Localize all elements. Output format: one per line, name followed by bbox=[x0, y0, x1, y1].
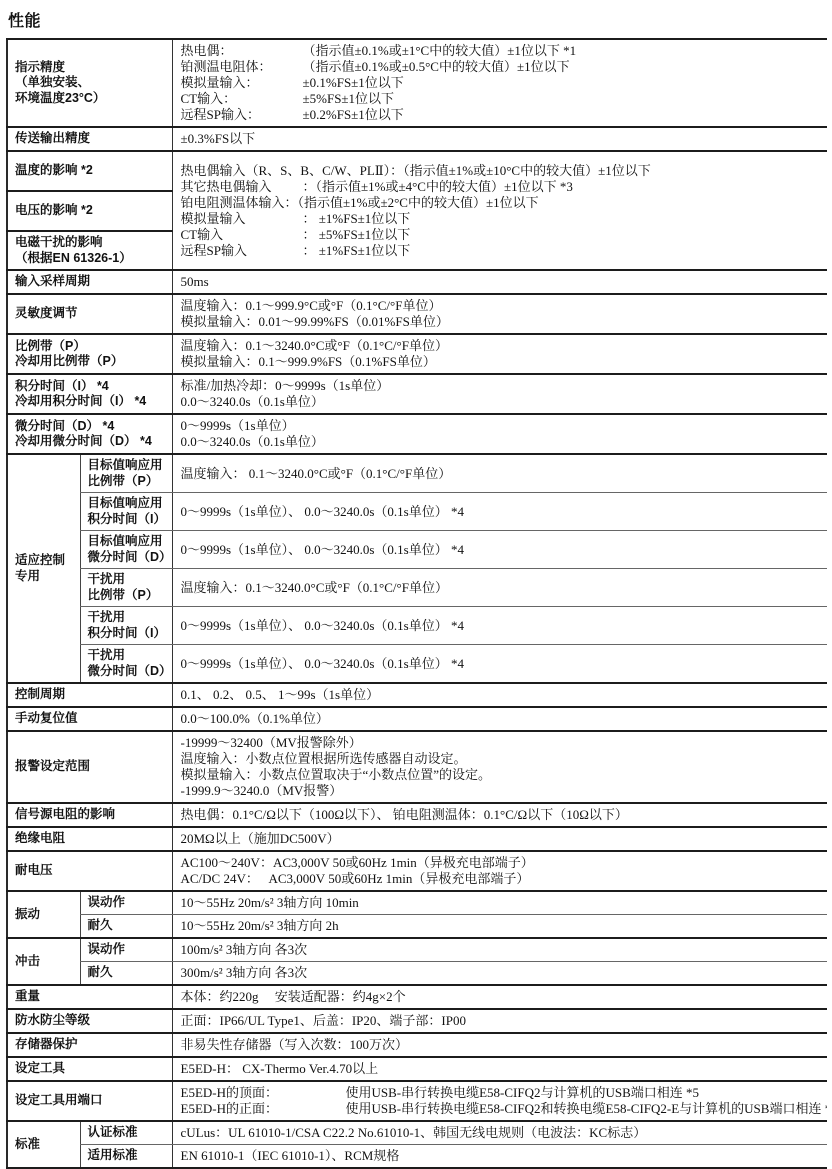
value-line: EN 61010-1（IEC 61010-1）、RCM规格 bbox=[181, 1148, 824, 1164]
table-row: 耐电压AC100～240V：AC3,000V 50或60Hz 1min（异极充电… bbox=[7, 851, 827, 891]
value-line: 0.1、 0.2、 0.5、 1～99s（1s单位） bbox=[181, 687, 824, 703]
table-row: 存储器保护非易失性存储器（写入次数：100万次） bbox=[7, 1033, 827, 1057]
value-line: -19999～32400（MV报警除外） bbox=[181, 735, 824, 751]
value-text: 使用USB-串行转换电缆E58-CIFQ2与计算机的USB端口相连 *5 bbox=[346, 1085, 700, 1100]
label-line: 冲击 bbox=[15, 954, 77, 970]
table-row: 指示精度（单独安装、环境温度23°C）热电偶：（指示值±0.1%或±1°C中的较… bbox=[7, 39, 827, 127]
value-text: ±0.1%FS±1位以下 bbox=[303, 75, 404, 90]
spec-label: 防水防尘等级 bbox=[7, 1009, 172, 1033]
label-line: 微分时间（D） *4 bbox=[15, 419, 169, 435]
value-text: ：（指示值±1%或±4°C中的较大值）±1位以下 *3 bbox=[303, 179, 573, 194]
value-line: 铂电阻测温体输入：（指示值±1%或±2°C中的较大值）±1位以下 bbox=[181, 195, 824, 211]
value-text: AC3,000V 50或60Hz 1min（异极充电部端子） bbox=[269, 871, 530, 886]
label-line: 目标值响应用 bbox=[88, 496, 169, 512]
label-line: 设定工具用端口 bbox=[15, 1093, 169, 1109]
spec-label: 灵敏度调节 bbox=[7, 294, 172, 334]
label-line: 目标值响应用 bbox=[88, 458, 169, 474]
spec-label: 设定工具 bbox=[7, 1057, 172, 1081]
label-line: 微分时间（D） bbox=[88, 550, 169, 566]
table-row: 报警设定范围-19999～32400（MV报警除外）温度输入：小数点位置根据所选… bbox=[7, 731, 827, 803]
value-line: 模拟量输入：0.1～999.9%FS（0.1%FS单位） bbox=[181, 354, 824, 370]
value-line: 温度输入：0.1～3240.0°C或°F（0.1°C/°F单位） bbox=[181, 338, 824, 354]
spec-value: 0～9999s（1s单位）、 0.0～3240.0s（0.1s单位） *4 bbox=[172, 645, 827, 684]
spec-value: -19999～32400（MV报警除外）温度输入：小数点位置根据所选传感器自动设… bbox=[172, 731, 827, 803]
value-text: ±5%FS±1位以下 bbox=[303, 91, 395, 106]
value-line: 20MΩ以上（施加DC500V） bbox=[181, 831, 824, 847]
value-line: 0～9999s（1s单位）、 0.0～3240.0s（0.1s单位） *4 bbox=[181, 618, 824, 634]
label-line: 耐电压 bbox=[15, 863, 169, 879]
value-line: 温度输入：0.1～3240.0°C或°F（0.1°C/°F单位） bbox=[181, 580, 824, 596]
value-line: 50ms bbox=[181, 274, 824, 290]
label-line: 信号源电阻的影响 bbox=[15, 807, 169, 823]
spec-label: 积分时间（I） *4冷却用积分时间（I） *4 bbox=[7, 374, 172, 414]
value-line: CT输入： ±5%FS±1位以下 bbox=[181, 227, 824, 243]
label-line: 绝缘电阻 bbox=[15, 831, 169, 847]
label-line: 电磁干扰的影响 bbox=[15, 235, 169, 251]
spec-value: AC100～240V：AC3,000V 50或60Hz 1min（异极充电部端子… bbox=[172, 851, 827, 891]
value-key: CT输入 bbox=[181, 227, 303, 243]
table-row: 目标值响应用微分时间（D）0～9999s（1s单位）、 0.0～3240.0s（… bbox=[7, 531, 827, 569]
value-line: 10～55Hz 20m/s² 3轴方向 2h bbox=[181, 918, 824, 934]
table-row: 适用标准EN 61010-1（IEC 61010-1）、RCM规格 bbox=[7, 1145, 827, 1169]
value-line: 热电偶：（指示值±0.1%或±1°C中的较大值）±1位以下 *1 bbox=[181, 43, 824, 59]
spec-label: 存储器保护 bbox=[7, 1033, 172, 1057]
label-line: 适用标准 bbox=[88, 1148, 169, 1164]
spec-label: 指示精度（单独安装、环境温度23°C） bbox=[7, 39, 172, 127]
label-line: 标准 bbox=[15, 1137, 77, 1153]
spec-value: 50ms bbox=[172, 270, 827, 294]
spec-value: 0～9999s（1s单位）0.0～3240.0s（0.1s单位） bbox=[172, 414, 827, 454]
spec-value: 本体：约220g 安装适配器：约4g×2个 bbox=[172, 985, 827, 1009]
label-line: 误动作 bbox=[88, 895, 169, 911]
label-line: 冷却用比例带（P） bbox=[15, 354, 169, 370]
table-row: 比例带（P）冷却用比例带（P）温度输入：0.1～3240.0°C或°F（0.1°… bbox=[7, 334, 827, 374]
label-line: 环境温度23°C） bbox=[15, 91, 169, 107]
value-line: 0～9999s（1s单位） bbox=[181, 418, 824, 434]
label-line: 设定工具 bbox=[15, 1061, 169, 1077]
value-line: 标准/加热冷却：0～9999s（1s单位） bbox=[181, 378, 824, 394]
table-row: 控制周期0.1、 0.2、 0.5、 1～99s（1s单位） bbox=[7, 683, 827, 707]
label-line: 比例带（P） bbox=[88, 474, 169, 490]
label-line: 适应控制 bbox=[15, 553, 77, 569]
value-key: 其它热电偶输入 bbox=[181, 179, 303, 195]
value-line: 远程SP输入： ±1%FS±1位以下 bbox=[181, 243, 824, 259]
value-line: 温度输入：0.1～999.9°C或°F（0.1°C/°F单位） bbox=[181, 298, 824, 314]
table-row: 温度的影响 *2热电偶输入（R、S、B、C/W、PLⅡ）：（指示值±1%或±10… bbox=[7, 151, 827, 191]
value-text: （指示值±0.1%或±0.5°C中的较大值）±1位以下 bbox=[303, 59, 570, 74]
spec-label: 信号源电阻的影响 bbox=[7, 803, 172, 827]
value-key: AC100～240V： bbox=[181, 855, 273, 871]
spec-page: 性能 指示精度（单独安装、环境温度23°C）热电偶：（指示值±0.1%或±1°C… bbox=[0, 0, 832, 1169]
sub-label: 目标值响应用比例带（P） bbox=[80, 454, 172, 493]
label-line: 指示精度 bbox=[15, 60, 169, 76]
value-line: cULus：UL 61010-1/CSA C22.2 No.61010-1、韩国… bbox=[181, 1125, 824, 1141]
spec-label: 电磁干扰的影响（根据EN 61326-1） bbox=[7, 231, 172, 270]
value-line: 0.0～100.0%（0.1%单位） bbox=[181, 711, 824, 727]
table-row: 适应控制专用目标值响应用比例带（P）温度输入： 0.1～3240.0°C或°F（… bbox=[7, 454, 827, 493]
label-line: 传送输出精度 bbox=[15, 131, 169, 147]
table-row: 干扰用微分时间（D）0～9999s（1s单位）、 0.0～3240.0s（0.1… bbox=[7, 645, 827, 684]
spec-value: 10～55Hz 20m/s² 3轴方向 10min bbox=[172, 891, 827, 915]
sub-label: 目标值响应用微分时间（D） bbox=[80, 531, 172, 569]
value-line: 模拟量输入：±0.1%FS±1位以下 bbox=[181, 75, 824, 91]
value-text: ： ±1%FS±1位以下 bbox=[303, 243, 411, 258]
value-line: 温度输入：小数点位置根据所选传感器自动设定。 bbox=[181, 751, 824, 767]
label-line: 灵敏度调节 bbox=[15, 306, 169, 322]
value-line: E5ED-H的正面：使用USB-串行转换电缆E58-CIFQ2和转换电缆E58-… bbox=[181, 1101, 824, 1117]
label-line: 比例带（P） bbox=[15, 339, 169, 355]
table-row: 输入采样周期50ms bbox=[7, 270, 827, 294]
spec-value: 0.0～100.0%（0.1%单位） bbox=[172, 707, 827, 731]
value-text: AC3,000V 50或60Hz 1min（异极充电部端子） bbox=[273, 855, 534, 870]
label-line: 输入采样周期 bbox=[15, 274, 169, 290]
page-title: 性能 bbox=[8, 8, 827, 31]
value-key: 热电偶： bbox=[181, 43, 303, 59]
value-line: E5ED-H： CX-Thermo Ver.4.70以上 bbox=[181, 1061, 824, 1077]
label-line: 干扰用 bbox=[88, 648, 169, 664]
value-line: 100m/s² 3轴方向 各3次 bbox=[181, 942, 824, 958]
table-row: 干扰用比例带（P）温度输入：0.1～3240.0°C或°F（0.1°C/°F单位… bbox=[7, 569, 827, 607]
spec-value: cULus：UL 61010-1/CSA C22.2 No.61010-1、韩国… bbox=[172, 1121, 827, 1145]
label-line: 积分时间（I） *4 bbox=[15, 379, 169, 395]
spec-value: 20MΩ以上（施加DC500V） bbox=[172, 827, 827, 851]
table-row: 冲击误动作100m/s² 3轴方向 各3次 bbox=[7, 938, 827, 962]
label-line: 电压的影响 *2 bbox=[15, 203, 169, 219]
value-line: 其它热电偶输入：（指示值±1%或±4°C中的较大值）±1位以下 *3 bbox=[181, 179, 824, 195]
value-text: （指示值±0.1%或±1°C中的较大值）±1位以下 *1 bbox=[303, 43, 577, 58]
spec-value: 温度输入： 0.1～3240.0°C或°F（0.1°C/°F单位） bbox=[172, 454, 827, 493]
value-line: 模拟量输入： ±1%FS±1位以下 bbox=[181, 211, 824, 227]
table-row: 干扰用积分时间（I）0～9999s（1s单位）、 0.0～3240.0s（0.1… bbox=[7, 607, 827, 645]
group-label: 标准 bbox=[7, 1121, 80, 1168]
label-line: 认证标准 bbox=[88, 1125, 169, 1141]
spec-value: EN 61010-1（IEC 61010-1）、RCM规格 bbox=[172, 1145, 827, 1169]
value-line: CT输入：±5%FS±1位以下 bbox=[181, 91, 824, 107]
spec-value: 标准/加热冷却：0～9999s（1s单位）0.0～3240.0s（0.1s单位） bbox=[172, 374, 827, 414]
group-label: 适应控制专用 bbox=[7, 454, 80, 683]
value-key: E5ED-H的正面： bbox=[181, 1101, 346, 1117]
sub-label: 认证标准 bbox=[80, 1121, 172, 1145]
spec-value: 10～55Hz 20m/s² 3轴方向 2h bbox=[172, 915, 827, 939]
spec-label: 耐电压 bbox=[7, 851, 172, 891]
label-line: （根据EN 61326-1） bbox=[15, 251, 169, 267]
label-line: 报警设定范围 bbox=[15, 759, 169, 775]
table-row: 设定工具E5ED-H： CX-Thermo Ver.4.70以上 bbox=[7, 1057, 827, 1081]
sub-label: 误动作 bbox=[80, 938, 172, 962]
table-row: 振动误动作10～55Hz 20m/s² 3轴方向 10min bbox=[7, 891, 827, 915]
table-row: 重量本体：约220g 安装适配器：约4g×2个 bbox=[7, 985, 827, 1009]
label-line: 耐久 bbox=[88, 918, 169, 934]
spec-value: 300m/s² 3轴方向 各3次 bbox=[172, 962, 827, 986]
spec-label: 输入采样周期 bbox=[7, 270, 172, 294]
value-text: ： ±1%FS±1位以下 bbox=[303, 211, 411, 226]
spec-value: 温度输入：0.1～3240.0°C或°F（0.1°C/°F单位）模拟量输入：0.… bbox=[172, 334, 827, 374]
label-line: 微分时间（D） bbox=[88, 664, 169, 680]
value-key: 模拟量输入 bbox=[181, 211, 303, 227]
spec-label: 控制周期 bbox=[7, 683, 172, 707]
spec-value: 热电偶：0.1°C/Ω以下（100Ω以下）、 铂电阻测温体：0.1°C/Ω以下（… bbox=[172, 803, 827, 827]
label-line: 积分时间（I） bbox=[88, 626, 169, 642]
label-line: 干扰用 bbox=[88, 610, 169, 626]
label-line: 积分时间（I） bbox=[88, 512, 169, 528]
spec-label: 重量 bbox=[7, 985, 172, 1009]
spec-value: 100m/s² 3轴方向 各3次 bbox=[172, 938, 827, 962]
spec-value: 非易失性存储器（写入次数：100万次） bbox=[172, 1033, 827, 1057]
spec-value: 温度输入：0.1～999.9°C或°F（0.1°C/°F单位）模拟量输入：0.0… bbox=[172, 294, 827, 334]
value-line: 热电偶输入（R、S、B、C/W、PLⅡ）：（指示值±1%或±10°C中的较大值）… bbox=[181, 163, 824, 179]
spec-label: 电压的影响 *2 bbox=[7, 191, 172, 231]
table-row: 耐久10～55Hz 20m/s² 3轴方向 2h bbox=[7, 915, 827, 939]
spec-table: 指示精度（单独安装、环境温度23°C）热电偶：（指示值±0.1%或±1°C中的较… bbox=[6, 38, 827, 1169]
label-line: 手动复位值 bbox=[15, 711, 169, 727]
spec-value: 0～9999s（1s单位）、 0.0～3240.0s（0.1s单位） *4 bbox=[172, 531, 827, 569]
value-key: E5ED-H的顶面： bbox=[181, 1085, 346, 1101]
spec-label: 传送输出精度 bbox=[7, 127, 172, 151]
value-key: CT输入： bbox=[181, 91, 303, 107]
spec-value: 热电偶输入（R、S、B、C/W、PLⅡ）：（指示值±1%或±10°C中的较大值）… bbox=[172, 151, 827, 270]
value-line: E5ED-H的顶面：使用USB-串行转换电缆E58-CIFQ2与计算机的USB端… bbox=[181, 1085, 824, 1101]
value-line: 远程SP输入：±0.2%FS±1位以下 bbox=[181, 107, 824, 123]
spec-value: E5ED-H： CX-Thermo Ver.4.70以上 bbox=[172, 1057, 827, 1081]
value-key: 远程SP输入 bbox=[181, 243, 303, 259]
value-line: -1999.9～3240.0（MV报警） bbox=[181, 783, 824, 799]
value-line: AC/DC 24V：AC3,000V 50或60Hz 1min（异极充电部端子） bbox=[181, 871, 824, 887]
value-line: 0.0～3240.0s（0.1s单位） bbox=[181, 394, 824, 410]
spec-label: 比例带（P）冷却用比例带（P） bbox=[7, 334, 172, 374]
value-line: 模拟量输入：小数点位置取决于“小数点位置”的设定。 bbox=[181, 767, 824, 783]
label-line: 存储器保护 bbox=[15, 1037, 169, 1053]
table-row: 目标值响应用积分时间（I）0～9999s（1s单位）、 0.0～3240.0s（… bbox=[7, 493, 827, 531]
value-line: 热电偶：0.1°C/Ω以下（100Ω以下）、 铂电阻测温体：0.1°C/Ω以下（… bbox=[181, 807, 824, 823]
value-line: 10～55Hz 20m/s² 3轴方向 10min bbox=[181, 895, 824, 911]
value-line: 0～9999s（1s单位）、 0.0～3240.0s（0.1s单位） *4 bbox=[181, 504, 824, 520]
value-key: 远程SP输入： bbox=[181, 107, 303, 123]
table-row: 耐久300m/s² 3轴方向 各3次 bbox=[7, 962, 827, 986]
table-row: 手动复位值0.0～100.0%（0.1%单位） bbox=[7, 707, 827, 731]
label-line: 冷却用积分时间（I） *4 bbox=[15, 394, 169, 410]
spec-label: 温度的影响 *2 bbox=[7, 151, 172, 191]
value-line: 0～9999s（1s单位）、 0.0～3240.0s（0.1s单位） *4 bbox=[181, 656, 824, 672]
label-line: 目标值响应用 bbox=[88, 534, 169, 550]
label-line: （单独安装、 bbox=[15, 75, 169, 91]
spec-value: E5ED-H的顶面：使用USB-串行转换电缆E58-CIFQ2与计算机的USB端… bbox=[172, 1081, 827, 1121]
value-line: 模拟量输入：0.01～99.99%FS（0.01%FS单位） bbox=[181, 314, 824, 330]
value-line: AC100～240V：AC3,000V 50或60Hz 1min（异极充电部端子… bbox=[181, 855, 824, 871]
spec-value: 正面：IP66/UL Type1、后盖：IP20、端子部：IP00 bbox=[172, 1009, 827, 1033]
spec-value: 热电偶：（指示值±0.1%或±1°C中的较大值）±1位以下 *1铂测温电阻体：（… bbox=[172, 39, 827, 127]
value-line: 正面：IP66/UL Type1、后盖：IP20、端子部：IP00 bbox=[181, 1013, 824, 1029]
value-line: ±0.3%FS以下 bbox=[181, 131, 824, 147]
value-line: 0～9999s（1s单位）、 0.0～3240.0s（0.1s单位） *4 bbox=[181, 542, 824, 558]
label-line: 干扰用 bbox=[88, 572, 169, 588]
value-line: 300m/s² 3轴方向 各3次 bbox=[181, 965, 824, 981]
group-label: 振动 bbox=[7, 891, 80, 938]
label-line: 控制周期 bbox=[15, 687, 169, 703]
value-text: 使用USB-串行转换电缆E58-CIFQ2和转换电缆E58-CIFQ2-E与计算… bbox=[346, 1101, 828, 1116]
value-text: ±0.2%FS±1位以下 bbox=[303, 107, 404, 122]
spec-value: ±0.3%FS以下 bbox=[172, 127, 827, 151]
spec-value: 0.1、 0.2、 0.5、 1～99s（1s单位） bbox=[172, 683, 827, 707]
spec-value: 0～9999s（1s单位）、 0.0～3240.0s（0.1s单位） *4 bbox=[172, 493, 827, 531]
table-row: 信号源电阻的影响热电偶：0.1°C/Ω以下（100Ω以下）、 铂电阻测温体：0.… bbox=[7, 803, 827, 827]
spec-value: 0～9999s（1s单位）、 0.0～3240.0s（0.1s单位） *4 bbox=[172, 607, 827, 645]
label-line: 专用 bbox=[15, 569, 77, 585]
spec-value: 温度输入：0.1～3240.0°C或°F（0.1°C/°F单位） bbox=[172, 569, 827, 607]
table-row: 绝缘电阻20MΩ以上（施加DC500V） bbox=[7, 827, 827, 851]
spec-label: 绝缘电阻 bbox=[7, 827, 172, 851]
sub-label: 误动作 bbox=[80, 891, 172, 915]
label-line: 比例带（P） bbox=[88, 588, 169, 604]
table-row: 设定工具用端口E5ED-H的顶面：使用USB-串行转换电缆E58-CIFQ2与计… bbox=[7, 1081, 827, 1121]
table-row: 标准认证标准cULus：UL 61010-1/CSA C22.2 No.6101… bbox=[7, 1121, 827, 1145]
table-row: 微分时间（D） *4冷却用微分时间（D） *40～9999s（1s单位）0.0～… bbox=[7, 414, 827, 454]
table-row: 积分时间（I） *4冷却用积分时间（I） *4标准/加热冷却：0～9999s（1… bbox=[7, 374, 827, 414]
sub-label: 耐久 bbox=[80, 915, 172, 939]
value-line: 0.0～3240.0s（0.1s单位） bbox=[181, 434, 824, 450]
group-label: 冲击 bbox=[7, 938, 80, 985]
label-line: 温度的影响 *2 bbox=[15, 163, 169, 179]
sub-label: 干扰用比例带（P） bbox=[80, 569, 172, 607]
sub-label: 干扰用微分时间（D） bbox=[80, 645, 172, 684]
spec-label: 手动复位值 bbox=[7, 707, 172, 731]
label-line: 重量 bbox=[15, 989, 169, 1005]
value-line: 温度输入： 0.1～3240.0°C或°F（0.1°C/°F单位） bbox=[181, 466, 824, 482]
value-line: 铂测温电阻体：（指示值±0.1%或±0.5°C中的较大值）±1位以下 bbox=[181, 59, 824, 75]
value-line: 本体：约220g 安装适配器：约4g×2个 bbox=[181, 989, 824, 1005]
sub-label: 目标值响应用积分时间（I） bbox=[80, 493, 172, 531]
label-line: 振动 bbox=[15, 907, 77, 923]
table-row: 防水防尘等级正面：IP66/UL Type1、后盖：IP20、端子部：IP00 bbox=[7, 1009, 827, 1033]
spec-label: 报警设定范围 bbox=[7, 731, 172, 803]
value-key: AC/DC 24V： bbox=[181, 871, 269, 887]
value-key: 铂测温电阻体： bbox=[181, 59, 303, 75]
label-line: 耐久 bbox=[88, 965, 169, 981]
value-key: 模拟量输入： bbox=[181, 75, 303, 91]
label-line: 误动作 bbox=[88, 942, 169, 958]
label-line: 冷却用微分时间（D） *4 bbox=[15, 434, 169, 450]
spec-label: 微分时间（D） *4冷却用微分时间（D） *4 bbox=[7, 414, 172, 454]
spec-label: 设定工具用端口 bbox=[7, 1081, 172, 1121]
sub-label: 适用标准 bbox=[80, 1145, 172, 1169]
sub-label: 耐久 bbox=[80, 962, 172, 986]
label-line: 防水防尘等级 bbox=[15, 1013, 169, 1029]
value-text: ： ±5%FS±1位以下 bbox=[303, 227, 411, 242]
table-row: 传送输出精度±0.3%FS以下 bbox=[7, 127, 827, 151]
value-line: 非易失性存储器（写入次数：100万次） bbox=[181, 1037, 824, 1053]
sub-label: 干扰用积分时间（I） bbox=[80, 607, 172, 645]
table-row: 灵敏度调节温度输入：0.1～999.9°C或°F（0.1°C/°F单位）模拟量输… bbox=[7, 294, 827, 334]
